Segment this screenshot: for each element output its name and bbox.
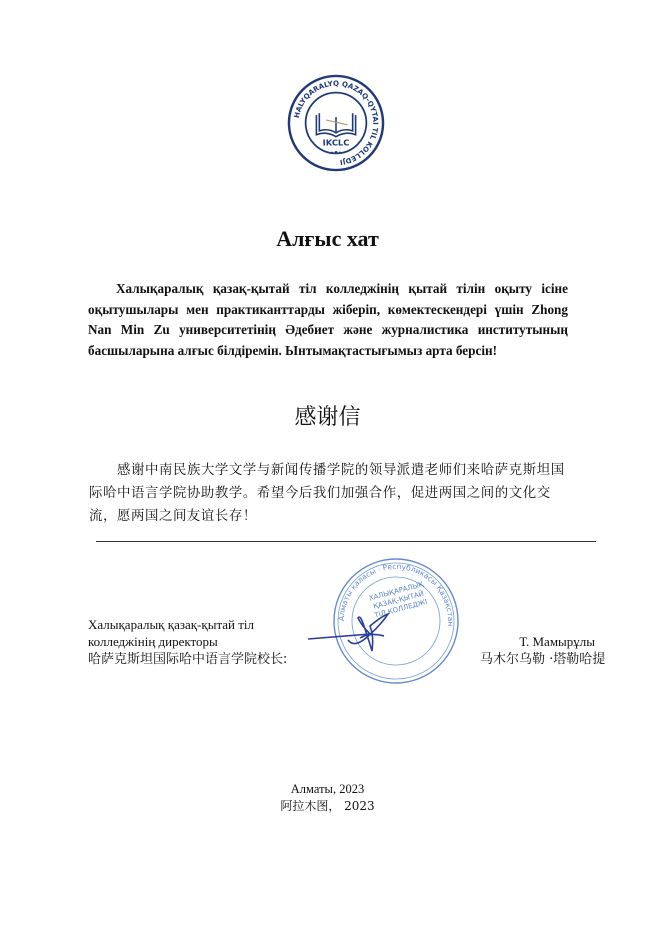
signatory-title-kz-line1: Халықаралық қазақ-қытай тіл [88,616,287,633]
official-stamp: Алматы қаласы · Республикасы Қазақстан Х… [300,556,462,686]
college-logo: HALYQARALYQ QAZAQ-QYTAI TIL KOLLEDJI IKC… [287,74,385,172]
body-kazakh: Халықаралық қазақ-қытай тіл колледжінің … [88,279,568,361]
title-chinese: 感谢信 [0,400,655,431]
place-date: Алматы, 2023 阿拉木图， 2023 [0,781,655,815]
body-chinese: 感谢中南民族大学文学与新闻传播学院的领导派遣老师们来哈萨克斯坦国际哈中语言学院协… [89,459,569,528]
logo-center-text: IKCLC [323,138,350,148]
signatory-name: Т. Мамырұлы 马木尔乌勒 ·塔勒哈提 [480,633,595,668]
place-date-kz: Алматы, 2023 [0,781,655,798]
place-date-cn: 阿拉木图， 2023 [0,798,655,815]
divider-line [96,541,596,542]
signatory-title-cn: 哈萨克斯坦国际哈中语言学院校长: [88,651,287,668]
signatory-name-kz: Т. Мамырұлы [480,633,595,650]
letter-page: HALYQARALYQ QAZAQ-QYTAI TIL KOLLEDJI IKC… [0,0,655,926]
signatory-title: Халықаралық қазақ-қытай тіл колледжінің … [88,616,287,668]
title-kazakh: Алғыс хат [0,226,655,252]
signatory-title-kz-line2: колледжінің директоры [88,633,287,650]
signatory-name-cn: 马木尔乌勒 ·塔勒哈提 [480,651,595,668]
